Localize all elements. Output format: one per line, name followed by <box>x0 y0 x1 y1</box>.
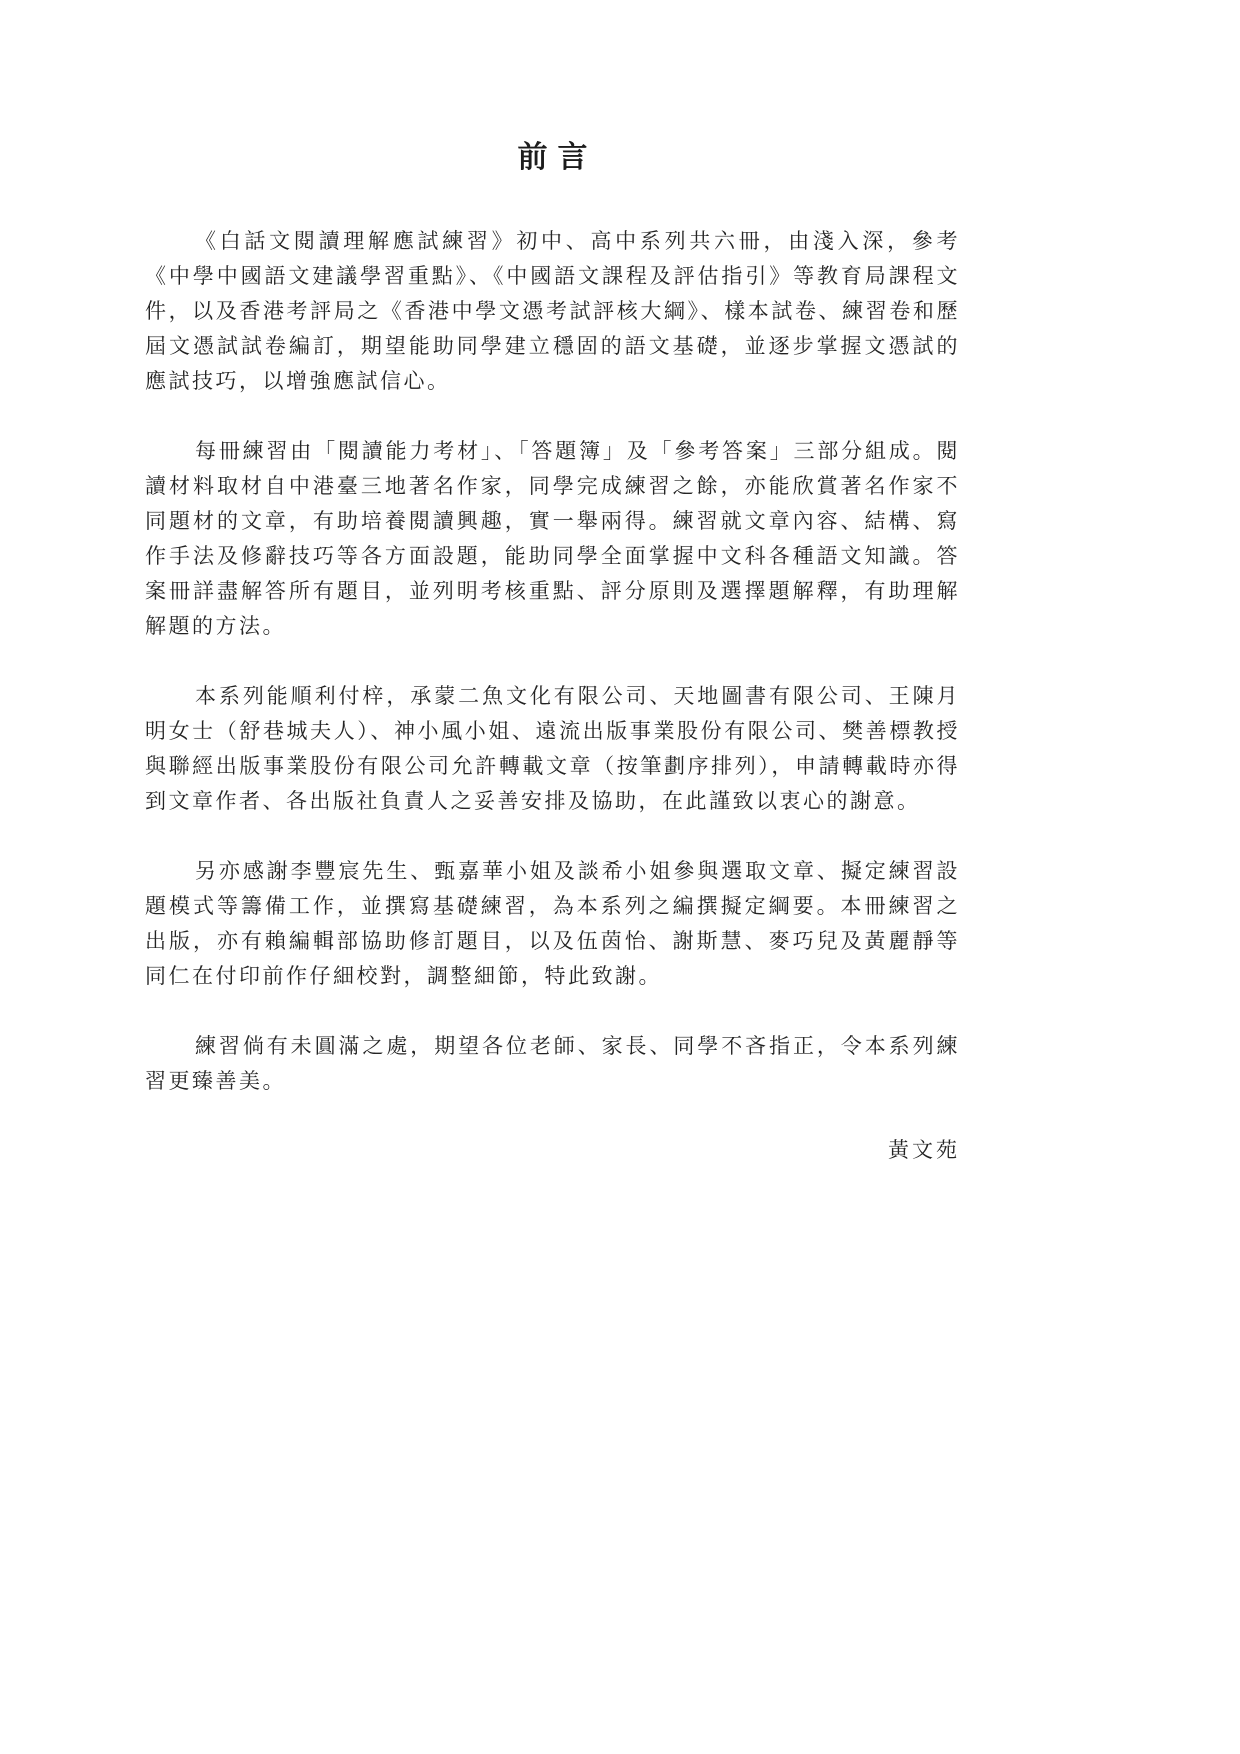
document-page: 前言 《白話文閱讀理解應試練習》初中、高中系列共六冊，由淺入深，參考《中學中國語… <box>0 0 1240 1754</box>
author-signature: 黃文苑 <box>145 1134 960 1164</box>
preface-paragraph-1: 《白話文閱讀理解應試練習》初中、高中系列共六冊，由淺入深，參考《中學中國語文建議… <box>145 224 960 399</box>
preface-paragraph-3: 本系列能順利付梓，承蒙二魚文化有限公司、天地圖書有限公司、王陳月明女士（舒巷城夫… <box>145 679 960 819</box>
preface-paragraph-2: 每冊練習由「閱讀能力考材」、「答題簿」及「參考答案」三部分組成。閱讀材料取材自中… <box>145 434 960 644</box>
preface-title: 前言 <box>145 132 960 176</box>
preface-paragraph-4: 另亦感謝李豐宸先生、甄嘉華小姐及談希小姐參與選取文章、擬定練習設題模式等籌備工作… <box>145 854 960 994</box>
preface-body: 《白話文閱讀理解應試練習》初中、高中系列共六冊，由淺入深，參考《中學中國語文建議… <box>145 224 960 1099</box>
preface-paragraph-5: 練習倘有未圓滿之處，期望各位老師、家長、同學不吝指正，令本系列練習更臻善美。 <box>145 1029 960 1099</box>
